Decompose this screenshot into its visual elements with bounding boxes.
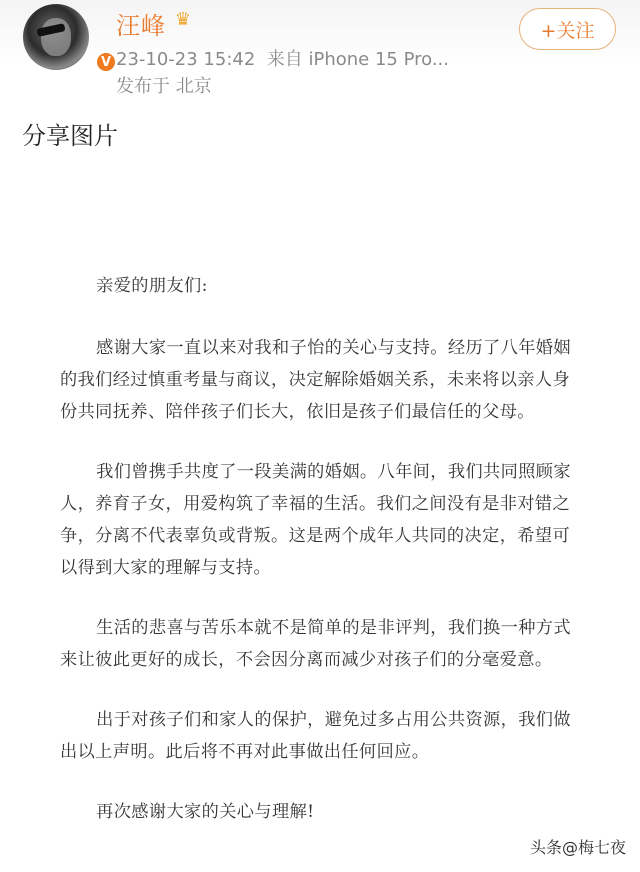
vip-crown-icon: ♛: [172, 10, 194, 30]
post-header: V 汪峰 ♛ 23-10-23 15:42 来自 iPhone 15 Pro..…: [0, 0, 640, 105]
letter-paragraph: 感谢大家一直以来对我和子怡的关心与支持。经历了八年婚姻的我们经过慎重考量与商议，…: [60, 332, 580, 428]
author-name[interactable]: 汪峰: [116, 6, 166, 41]
letter-closing: 再次感谢大家的关心与理解!: [60, 796, 580, 828]
post-location: 发布于 北京: [116, 72, 212, 98]
letter-paragraph: 我们曾携手共度了一段美满的婚姻。八年间，我们共同照顾家人，养育子女，用爱构筑了幸…: [60, 456, 580, 584]
post-source: 来自 iPhone 15 Pro...: [267, 49, 449, 70]
avatar[interactable]: V: [23, 4, 89, 70]
letter-paragraph: 出于对孩子们和家人的保护，避免过多占用公共资源，我们做出以上声明。此后将不再对此…: [60, 704, 580, 768]
post-text: 分享图片: [22, 116, 118, 151]
watermark: 头条@梅七夜: [530, 835, 626, 858]
verified-icon: V: [95, 51, 117, 73]
post-timestamp: 23-10-23 15:42: [116, 49, 255, 70]
letter-salutation: 亲爱的朋友们:: [60, 270, 580, 302]
statement-letter: 亲爱的朋友们: 感谢大家一直以来对我和子怡的关心与支持。经历了八年婚姻的我们经过…: [60, 270, 580, 856]
follow-button[interactable]: +关注: [519, 8, 616, 50]
post-meta: 23-10-23 15:42 来自 iPhone 15 Pro...: [116, 45, 449, 71]
letter-paragraph: 生活的悲喜与苦乐本就不是简单的是非评判，我们换一种方式来让彼此更好的成长，不会因…: [60, 612, 580, 676]
